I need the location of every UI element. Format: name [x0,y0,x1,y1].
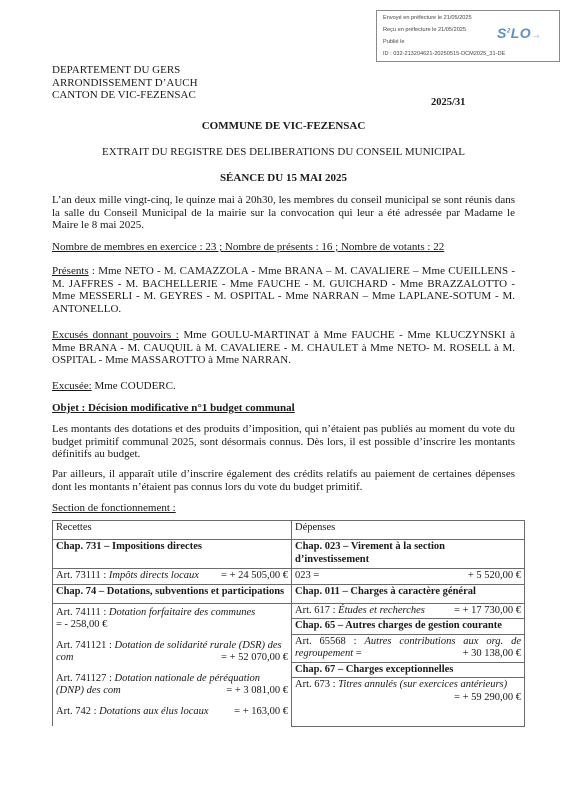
table-row: Chap. 74 – Dotations, subventions et par… [53,584,525,603]
table-row: Art. 73111 : Impôts directs locaux= + 24… [53,569,525,585]
art-74111: Art. 74111 : Dotation forfaitaire des co… [56,607,288,632]
art-023-amount: + 5 520,00 € [468,570,521,583]
art-741121-amount: = + 52 070,00 € [56,652,288,665]
deliberation-number: 2025/31 [431,97,465,108]
chap-023: Chap. 023 – Virement à la section d’inve… [292,540,525,569]
art-023: 023 =+ 5 520,00 € [292,569,525,585]
stamp-id: ID : 032-213204621-20250515-DCM2025_31-D… [383,50,559,62]
art-673: Art. 673 : Titres annulés (sur exercices… [292,678,524,705]
objet-heading: Objet : Décision modificative n°1 budget… [52,402,515,415]
budget-table: Recettes Dépenses Chap. 731 – Imposition… [52,520,525,727]
extrait-title: EXTRAIT DU REGISTRE DES DELIBERATIONS DU… [0,146,567,158]
presents-label: Présents [52,265,89,277]
table-row: Chap. 731 – Impositions directes Chap. 0… [53,540,525,569]
prefecture-stamp: Envoyé en préfecture le 21/05/2025 Reçu … [376,10,560,62]
art-742: Art. 742 : Dotations aux élus locaux= + … [56,706,288,727]
table-header-row: Recettes Dépenses [53,521,525,540]
seance-title: SÉANCE DU 15 MAI 2025 [0,172,567,184]
intro-paragraph: L’an deux mille vingt-cinq, le quinze ma… [52,194,515,232]
art-65568: Art. 65568 : Autres contributions aux or… [292,635,524,663]
paragraph-dotations: Les montants des dotations et des produi… [52,423,515,461]
chap-67: Chap. 67 – Charges exceptionnelles [292,663,524,679]
art-74111-amount: = - 258,00 € [56,619,107,630]
header-recettes: Recettes [53,521,292,540]
art-73111: Art. 73111 : Impôts directs locaux= + 24… [53,569,292,585]
chap-011: Chap. 011 – Charges à caractère général [292,584,525,603]
paragraph-credits: Par ailleurs, il apparaît utile d’inscri… [52,468,515,493]
chap-74: Chap. 74 – Dotations, subventions et par… [53,584,292,603]
art-73111-amount: = + 24 505,00 € [221,570,288,583]
art-673-amount: = + 59 290,00 € [295,692,521,705]
departement: DEPARTEMENT DU GERS [52,64,198,77]
excuses-pouvoirs-label: Excusés donnant pouvoirs : [52,329,179,341]
depenses-articles: Art. 617 : Études et recherches= + 17 73… [292,603,525,726]
canton: CANTON DE VIC-FEZENSAC [52,89,198,102]
art-617-amount: = + 17 730,00 € [454,605,521,618]
administrative-header: DEPARTEMENT DU GERS ARRONDISSEMENT D’AUC… [52,64,198,102]
commune-title: COMMUNE DE VIC-FEZENSAC [0,120,567,132]
member-counts: Nombre de membres en exercice : 23 ; Nom… [52,241,515,254]
excusee-label: Excusée: [52,380,92,392]
excusee-paragraph: Excusée: Mme COUDERC. [52,380,515,393]
presents-paragraph: Présents : Mme NETO - M. CAMAZZOLA - Mme… [52,265,515,315]
art-741121: Art. 741121 : Dotation de solidarité rur… [56,640,288,665]
table-row: Art. 74111 : Dotation forfaitaire des co… [53,603,525,726]
excuses-pouvoirs-paragraph: Excusés donnant pouvoirs : Mme GOULU-MAR… [52,329,515,367]
chap-65: Chap. 65 – Autres charges de gestion cou… [292,619,524,635]
s2low-logo-icon: S2LO→ [497,25,542,41]
arrondissement: ARRONDISSEMENT D’AUCH [52,77,198,90]
section-fonctionnement-label: Section de fonctionnement : [52,502,515,515]
art-617: Art. 617 : Études et recherches= + 17 73… [292,604,524,620]
header-depenses: Dépenses [292,521,525,540]
excusee-name: Mme COUDERC. [92,380,176,392]
presents-list: : Mme NETO - M. CAMAZZOLA - Mme BRANA – … [52,265,515,315]
art-742-amount: = + 163,00 € [234,706,288,719]
recettes-chap74-articles: Art. 74111 : Dotation forfaitaire des co… [53,603,292,726]
chap-731: Chap. 731 – Impositions directes [53,540,292,569]
art-741127: Art. 741127 : Dotation nationale de péré… [56,673,288,698]
